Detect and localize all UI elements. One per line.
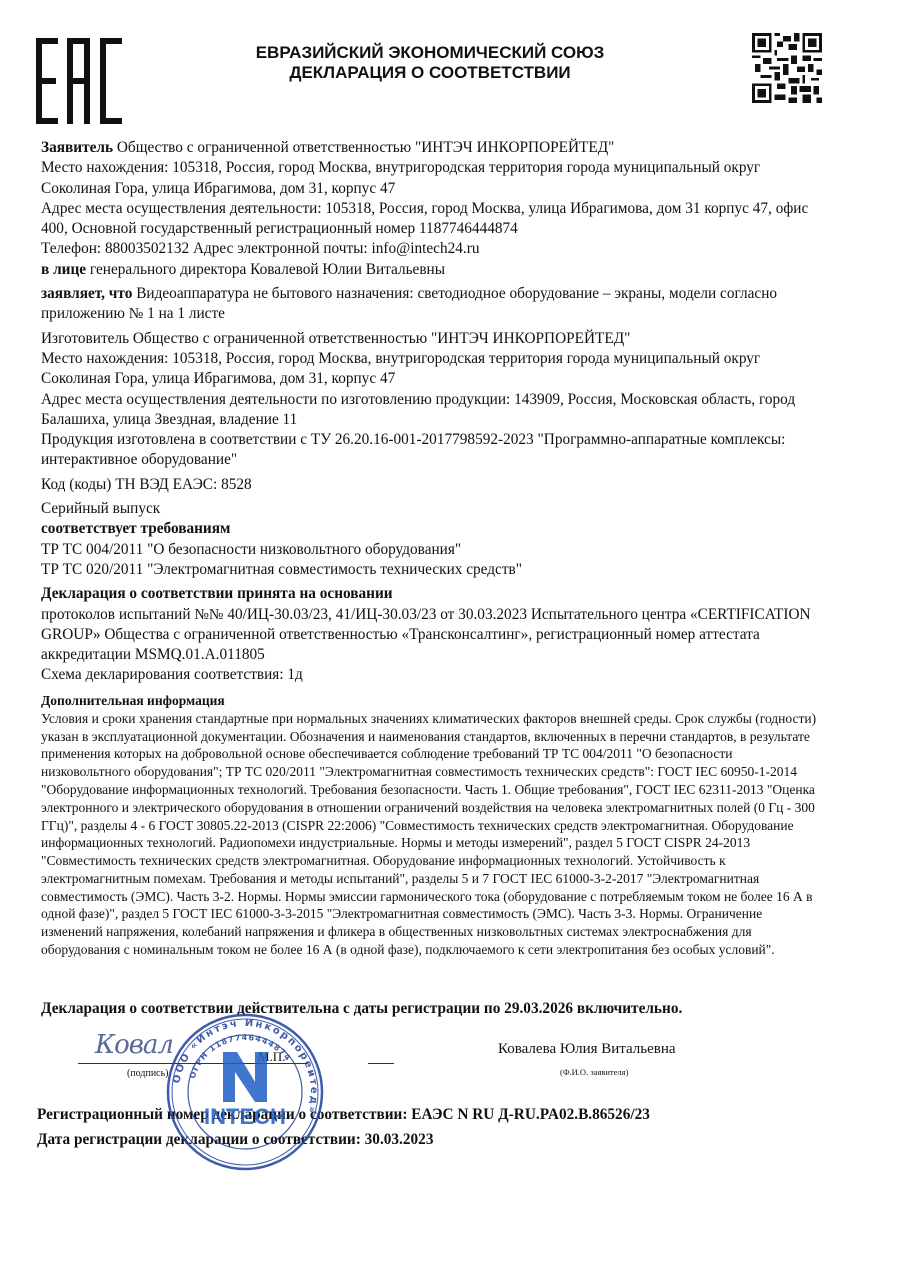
represented-label: в лице (41, 261, 86, 278)
eac-logo-icon (36, 38, 126, 124)
manufacturer: Изготовитель Общество с ограниченной отв… (41, 329, 821, 349)
represented-by: в лице генерального директора Ковалевой … (41, 260, 821, 280)
union-title: ЕВРАЗИЙСКИЙ ЭКОНОМИЧЕСКИЙ СОЮЗ (160, 43, 700, 63)
tn-ved-code: Код (коды) ТН ВЭД ЕАЭС: 8528 (41, 475, 821, 495)
document-title: ДЕКЛАРАЦИЯ О СООТВЕТСТВИИ (160, 63, 700, 83)
applicant-contacts: Телефон: 88003502132 Адрес электронной п… (41, 239, 821, 259)
qr-code-icon[interactable] (752, 33, 822, 103)
document-header: ЕВРАЗИЙСКИЙ ЭКОНОМИЧЕСКИЙ СОЮЗ ДЕКЛАРАЦИ… (160, 43, 700, 83)
company-stamp-icon: ООО «Интэч Инкорпорейтед» ОГРН 118774644… (165, 1012, 325, 1172)
declaration-scheme: Схема декларирования соответствия: 1д (41, 665, 821, 685)
production-type: Серийный выпуск (41, 499, 821, 519)
declares-statement: заявляет, что Видеоаппаратура не бытовог… (41, 284, 821, 325)
applicant-name: Общество с ограниченной ответственностью… (113, 139, 614, 156)
basis-heading: Декларация о соответствии принята на осн… (41, 585, 393, 602)
declaration-body: Заявитель Общество с ограниченной ответс… (41, 138, 821, 959)
applicant-activity-address: Адрес места осуществления деятельности: … (41, 199, 821, 240)
signer-name: Ковалева Юлия Витальевна (498, 1041, 676, 1058)
signature-line-short (368, 1063, 394, 1064)
product-spec: Продукция изготовлена в соответствии с Т… (41, 430, 821, 471)
production-address: Адрес места осуществления деятельности п… (41, 390, 821, 431)
signer-name-caption: (Ф.И.О. заявителя) (560, 1067, 628, 1077)
basis-text: протоколов испытаний №№ 40/ИЦ-30.03/23, … (41, 605, 821, 666)
applicant-label: Заявитель (41, 139, 113, 156)
applicant-location: Место нахождения: 105318, Россия, город … (41, 158, 821, 199)
requirements-label: соответствует требованиям (41, 519, 821, 539)
signature: Ковал (95, 1030, 173, 1060)
svg-text:INTECH: INTECH (204, 1104, 286, 1129)
product-description: Видеоаппаратура не бытового назначения: … (41, 285, 777, 322)
manufacturer-location: Место нахождения: 105318, Россия, город … (41, 349, 821, 390)
signature-caption: (подпись) (127, 1068, 169, 1079)
declares-label: заявляет, что (41, 285, 132, 302)
additional-info-text: Условия и сроки хранения стандартные при… (41, 710, 821, 959)
requirements-heading: соответствует требованиям (41, 520, 230, 537)
additional-info-heading: Дополнительная информация (41, 692, 821, 710)
requirement-item: ТР ТС 004/2011 "О безопасности низковоль… (41, 540, 821, 560)
validity-statement: Декларация о соответствии действительна … (41, 1000, 682, 1018)
applicant-section: Заявитель Общество с ограниченной ответс… (41, 138, 821, 158)
basis-label: Декларация о соответствии принята на осн… (41, 584, 821, 604)
requirement-item: ТР ТС 020/2011 "Электромагнитная совмест… (41, 560, 821, 580)
registration-number: Регистрационный номер декларации о соотв… (37, 1106, 650, 1124)
represented-name: генерального директора Ковалевой Юлии Ви… (86, 261, 445, 278)
